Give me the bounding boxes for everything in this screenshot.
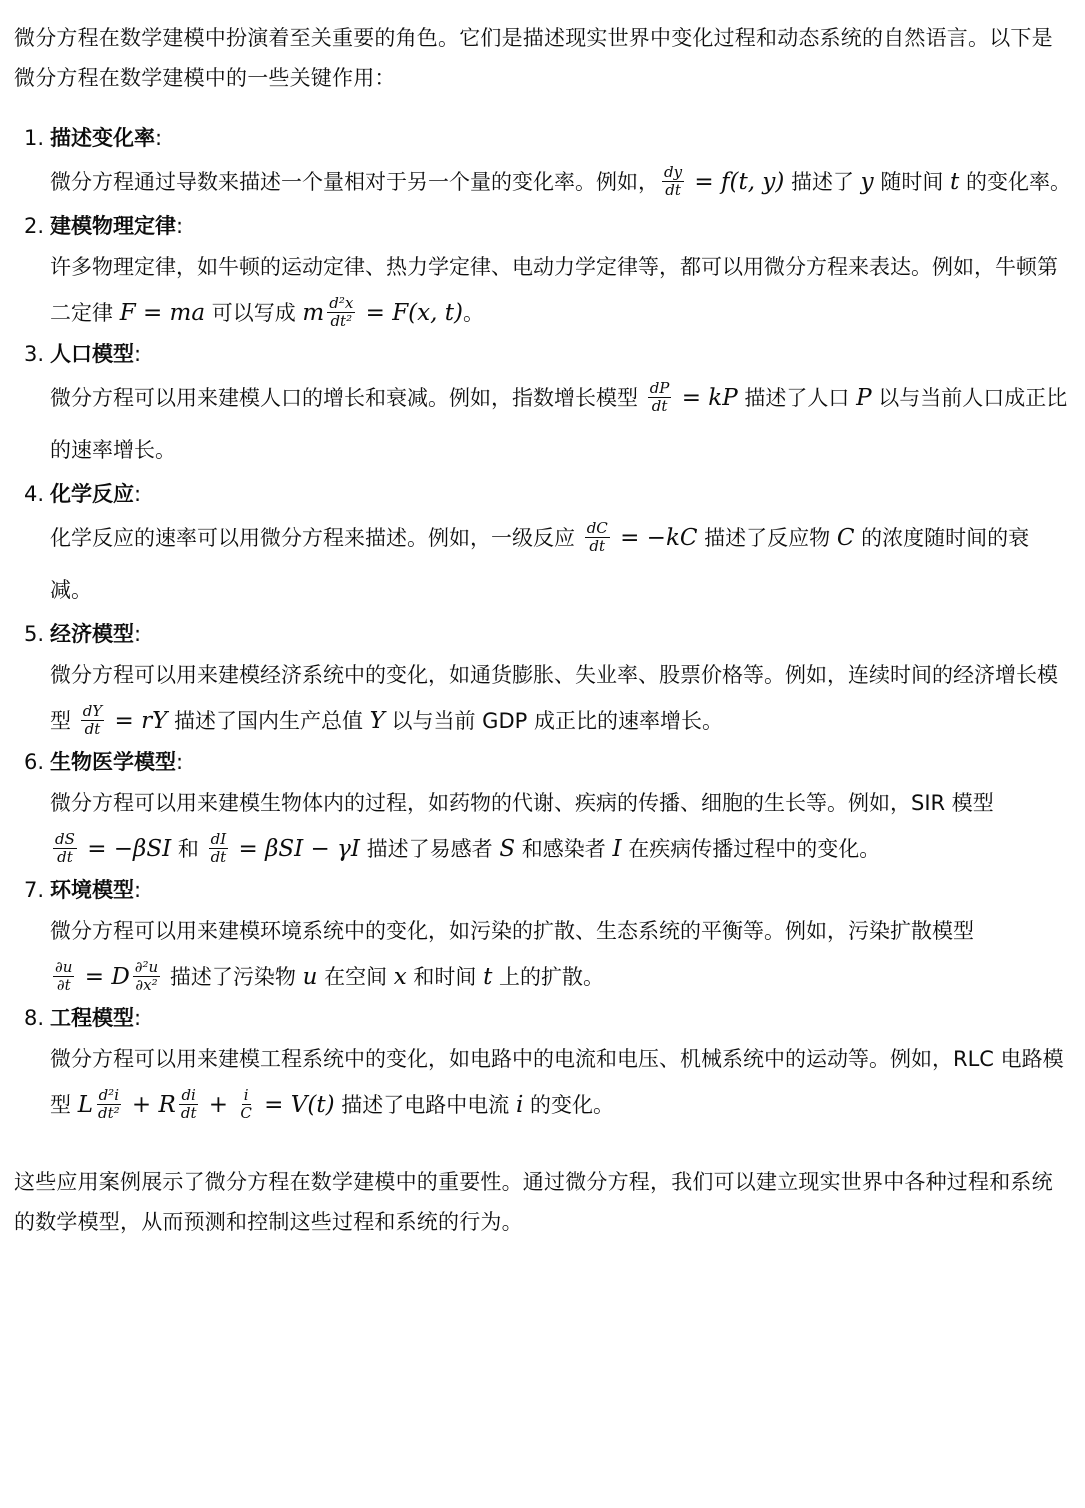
- item-colon: :: [134, 476, 141, 512]
- math-var: C: [837, 525, 855, 551]
- math-formula: F = ma: [120, 300, 205, 326]
- body-text: 的变化率。: [959, 170, 1071, 194]
- item-heading: 1. 描述变化率 :: [14, 120, 1071, 156]
- body-text: 的变化。: [523, 1093, 614, 1117]
- body-text: 上的扩散。: [492, 965, 604, 989]
- item-colon: :: [155, 120, 162, 156]
- item-body: 微分方程可以用来建模经济系统中的变化，如通货膨胀、失业率、股票价格等。例如，连续…: [14, 652, 1071, 744]
- item-title: 工程模型: [50, 1000, 134, 1036]
- body-text: 描述了污染物: [163, 965, 302, 989]
- item-title: 环境模型: [50, 872, 134, 908]
- list-item: 7. 环境模型 : 微分方程可以用来建模环境系统中的变化，如污染的扩散、生态系统…: [14, 872, 1071, 1000]
- body-text: 可以写成: [205, 301, 302, 325]
- body-text: 化学反应的速率可以用微分方程来描述。例如，一级反应: [50, 526, 582, 550]
- math-var: I: [612, 836, 621, 862]
- math-var: u: [303, 964, 318, 990]
- math-formula: dIdt = βSI − γI: [206, 836, 360, 862]
- body-text: 和时间: [407, 965, 483, 989]
- item-number: 1.: [24, 120, 50, 156]
- item-body: 微分方程可以用来建模工程系统中的变化，如电路中的电流和电压、机械系统中的运动等。…: [14, 1036, 1071, 1128]
- math-var: t: [483, 964, 492, 990]
- body-text: 随时间: [874, 170, 950, 194]
- body-text: 。: [463, 301, 484, 325]
- item-title: 经济模型: [50, 616, 134, 652]
- list-item: 2. 建模物理定律 : 许多物理定律，如牛顿的运动定律、热力学定律、电动力学定律…: [14, 208, 1071, 336]
- conclusion-paragraph: 这些应用案例展示了微分方程在数学建模中的重要性。通过微分方程，我们可以建立现实世…: [14, 1162, 1071, 1242]
- item-title: 化学反应: [50, 476, 134, 512]
- item-title: 描述变化率: [50, 120, 155, 156]
- math-var: P: [856, 385, 871, 411]
- list-item: 4. 化学反应 : 化学反应的速率可以用微分方程来描述。例如，一级反应 dCdt…: [14, 476, 1071, 616]
- body-text: 和: [171, 837, 205, 861]
- list-item: 8. 工程模型 : 微分方程可以用来建模工程系统中的变化，如电路中的电流和电压、…: [14, 1000, 1071, 1128]
- item-body: 许多物理定律，如牛顿的运动定律、热力学定律、电动力学定律等，都可以用微分方程来表…: [14, 244, 1071, 336]
- body-text: 和感染者: [515, 837, 612, 861]
- item-number: 4.: [24, 476, 50, 512]
- body-text: 描述了人口: [738, 386, 856, 410]
- item-colon: :: [134, 1000, 141, 1036]
- item-body: 微分方程可以用来建模环境系统中的变化，如污染的扩散、生态系统的平衡等。例如，污染…: [14, 908, 1071, 1000]
- item-body: 化学反应的速率可以用微分方程来描述。例如，一级反应 dCdt = −kC 描述了…: [14, 512, 1071, 616]
- math-formula: ∂u∂t = D∂²u∂x²: [50, 964, 163, 990]
- item-number: 7.: [24, 872, 50, 908]
- item-number: 2.: [24, 208, 50, 244]
- body-text: 微分方程可以用来建模生物体内的过程，如药物的代谢、疾病的传播、细胞的生长等。例如…: [50, 791, 994, 815]
- math-formula: dCdt = −kC: [582, 525, 698, 551]
- body-text: 描述了电路中电流: [335, 1093, 516, 1117]
- math-formula: md²xdt² = F(x, t): [302, 300, 463, 326]
- item-body: 微分方程通过导数来描述一个量相对于另一个量的变化率。例如，dydt = f(t,…: [14, 156, 1071, 208]
- item-number: 6.: [24, 744, 50, 780]
- body-text: 描述了反应物: [697, 526, 836, 550]
- role-list: 1. 描述变化率 : 微分方程通过导数来描述一个量相对于另一个量的变化率。例如，…: [14, 120, 1071, 1128]
- body-text: 微分方程可以用来建模环境系统中的变化，如污染的扩散、生态系统的平衡等。例如，污染…: [50, 919, 974, 943]
- math-var: Y: [370, 708, 385, 734]
- item-heading: 3. 人口模型 :: [14, 336, 1071, 372]
- body-text: 以与当前 GDP 成正比的速率增长。: [385, 709, 723, 733]
- item-heading: 5. 经济模型 :: [14, 616, 1071, 652]
- math-formula: Ld²idt² + Rdidt + iC = V(t): [78, 1092, 335, 1118]
- item-heading: 2. 建模物理定律 :: [14, 208, 1071, 244]
- document: 微分方程在数学建模中扮演着至关重要的角色。它们是描述现实世界中变化过程和动态系统…: [0, 0, 1085, 1242]
- item-title: 生物医学模型: [50, 744, 176, 780]
- item-body: 微分方程可以用来建模人口的增长和衰减。例如，指数增长模型 dPdt = kP 描…: [14, 372, 1071, 476]
- body-text: 微分方程可以用来建模人口的增长和衰减。例如，指数增长模型: [50, 386, 645, 410]
- item-colon: :: [176, 208, 183, 244]
- item-heading: 8. 工程模型 :: [14, 1000, 1071, 1036]
- math-var: y: [861, 169, 874, 195]
- body-text: 描述了国内生产总值: [167, 709, 369, 733]
- math-formula: dYdt = rY: [78, 708, 168, 734]
- body-text: 在空间: [317, 965, 393, 989]
- body-text: 微分方程通过导数来描述一个量相对于另一个量的变化率。例如，: [50, 170, 659, 194]
- intro-paragraph: 微分方程在数学建模中扮演着至关重要的角色。它们是描述现实世界中变化过程和动态系统…: [14, 18, 1071, 98]
- math-formula: dydt = f(t, y): [659, 169, 784, 195]
- list-item: 3. 人口模型 : 微分方程可以用来建模人口的增长和衰减。例如，指数增长模型 d…: [14, 336, 1071, 476]
- item-body: 微分方程可以用来建模生物体内的过程，如药物的代谢、疾病的传播、细胞的生长等。例如…: [14, 780, 1071, 872]
- list-item: 1. 描述变化率 : 微分方程通过导数来描述一个量相对于另一个量的变化率。例如，…: [14, 120, 1071, 208]
- item-number: 3.: [24, 336, 50, 372]
- body-text: 描述了易感者: [360, 837, 499, 861]
- item-colon: :: [134, 336, 141, 372]
- item-colon: :: [176, 744, 183, 780]
- item-colon: :: [134, 616, 141, 652]
- body-text: 描述了: [784, 170, 860, 194]
- item-colon: :: [134, 872, 141, 908]
- item-title: 人口模型: [50, 336, 134, 372]
- list-item: 5. 经济模型 : 微分方程可以用来建模经济系统中的变化，如通货膨胀、失业率、股…: [14, 616, 1071, 744]
- body-text: 在疾病传播过程中的变化。: [622, 837, 881, 861]
- item-number: 8.: [24, 1000, 50, 1036]
- list-item: 6. 生物医学模型 : 微分方程可以用来建模生物体内的过程，如药物的代谢、疾病的…: [14, 744, 1071, 872]
- item-number: 5.: [24, 616, 50, 652]
- item-heading: 6. 生物医学模型 :: [14, 744, 1071, 780]
- math-formula: dSdt = −βSI: [50, 836, 171, 862]
- math-formula: dPdt = kP: [645, 385, 738, 411]
- item-heading: 4. 化学反应 :: [14, 476, 1071, 512]
- item-heading: 7. 环境模型 :: [14, 872, 1071, 908]
- math-var: t: [950, 169, 959, 195]
- math-var: x: [394, 964, 407, 990]
- item-title: 建模物理定律: [50, 208, 176, 244]
- math-var: S: [499, 836, 515, 862]
